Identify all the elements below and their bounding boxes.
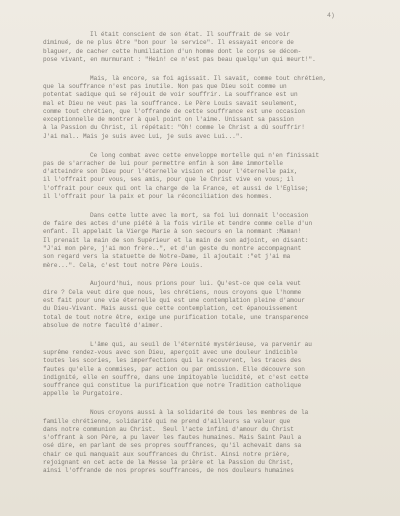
text-line: indignité, elle en souffre, dans une imp… — [43, 374, 388, 382]
text-line: son regard vers la statuette de Notre-Da… — [43, 253, 388, 261]
text-line: Il était conscient de son état. Il souff… — [43, 31, 388, 39]
text-line: diminué, de ne plus être "bon pour le se… — [43, 39, 388, 47]
text-line: appelle le Purgatoire. — [43, 390, 388, 398]
text-line: Il prenait la main de son Supérieur et l… — [43, 237, 388, 245]
page-number: 4) — [327, 12, 335, 19]
text-line: du Dieu-Vivant. Mais aussi que cette con… — [43, 305, 388, 313]
text-line: que la souffrance n'est pas inutile. Non… — [43, 83, 388, 91]
text-line: il l'offrait pour la paix et pour la réc… — [43, 193, 388, 201]
text-line: d'atteindre son Dieu pour l'éternelle vi… — [43, 168, 388, 176]
text-line: fautes qu'elle a commises, par action ou… — [43, 366, 388, 374]
text-line: famille chrétienne, solidarité qui ne pr… — [43, 418, 388, 426]
text-line: J'ai mal.. Mais je suis avec Lui, je sui… — [43, 133, 388, 141]
paragraph: Ce long combat avec cette enveloppe mort… — [43, 152, 388, 202]
text-line: Dans cette lutte avec la mort, sa foi lu… — [43, 212, 388, 220]
text-line: Aujourd'hui, nous prions pour lui. Qu'es… — [43, 280, 388, 288]
text-line: enfant. Il appelait la Vierge Marie à so… — [43, 228, 388, 236]
text-line: blaguer, de cacher cette humiliation d'u… — [43, 48, 388, 56]
text-line: Nous croyons aussi à la solidarité de to… — [43, 409, 388, 417]
text-line: suprême rendez-vous avec son Dieu, aperç… — [43, 349, 388, 357]
text-line: rejoignant en cet acte de la Messe la pr… — [43, 459, 388, 467]
document-page: 4) Il était conscient de son état. Il so… — [0, 0, 400, 516]
text-line: s'offrant à son Père, a pu laver les fau… — [43, 434, 388, 442]
text-line: mal et Dieu ne veut pas la souffrance. L… — [43, 100, 388, 108]
text-line: dans notre communion au Christ. Seul l'a… — [43, 426, 388, 434]
paragraph: Aujourd'hui, nous prions pour lui. Qu'es… — [43, 280, 388, 330]
paragraph: Il était conscient de son état. Il souff… — [43, 31, 388, 64]
text-line: à la Passion du Christ, il répétait: "Oh… — [43, 124, 388, 132]
body-text: Il était conscient de son état. Il souff… — [43, 31, 388, 486]
text-line: "J'ai mon père, j'ai mon frère..", et d'… — [43, 245, 388, 253]
text-line: potentat sadique qui se réjouit de voir … — [43, 91, 388, 99]
text-line: mère...". Cela, c'est tout notre Père Lo… — [43, 262, 388, 270]
text-line: de faire des actes d'une piété à la fois… — [43, 220, 388, 228]
text-line: comme tout chrétien, que l'offrande de c… — [43, 108, 388, 116]
paragraph: Nous croyons aussi à la solidarité de to… — [43, 409, 388, 475]
text-line: pose vivant, en murmurant : "Hein! ce n'… — [43, 56, 388, 64]
text-line: il l'offrait pour vous, ses amis, pour q… — [43, 176, 388, 184]
paragraph: L'âme qui, au seuil de l'éternité mystér… — [43, 341, 388, 399]
text-line: exceptionnelle de montrer à quel point o… — [43, 116, 388, 124]
text-line: est fait pour une vie éternelle qui est … — [43, 297, 388, 305]
text-line: osé dire, en parlant de ses propres souf… — [43, 442, 388, 450]
text-line: total de tout notre être, exige une puri… — [43, 314, 388, 322]
text-line: toutes les scories, les imperfections qu… — [43, 357, 388, 365]
text-line: dire ? Cela veut dire que nous, les chré… — [43, 289, 388, 297]
text-line: souffrance qui constitue la purification… — [43, 382, 388, 390]
text-line: Ce long combat avec cette enveloppe mort… — [43, 152, 388, 160]
text-line: Mais, là encore, sa foi agissait. Il sav… — [43, 75, 388, 83]
text-line: ainsi l'offrande de nos propres souffran… — [43, 467, 388, 475]
text-line: pas de s'arracher de lui pour permettre … — [43, 160, 388, 168]
paragraph: Dans cette lutte avec la mort, sa foi lu… — [43, 212, 388, 270]
text-line: L'âme qui, au seuil de l'éternité mystér… — [43, 341, 388, 349]
text-line: chair ce qui manquait aux souffrances du… — [43, 451, 388, 459]
paragraph: Mais, là encore, sa foi agissait. Il sav… — [43, 75, 388, 141]
text-line: l'offrait pour ceux qui ont la charge de… — [43, 185, 388, 193]
text-line: absolue de notre faculté d'aimer. — [43, 322, 388, 330]
